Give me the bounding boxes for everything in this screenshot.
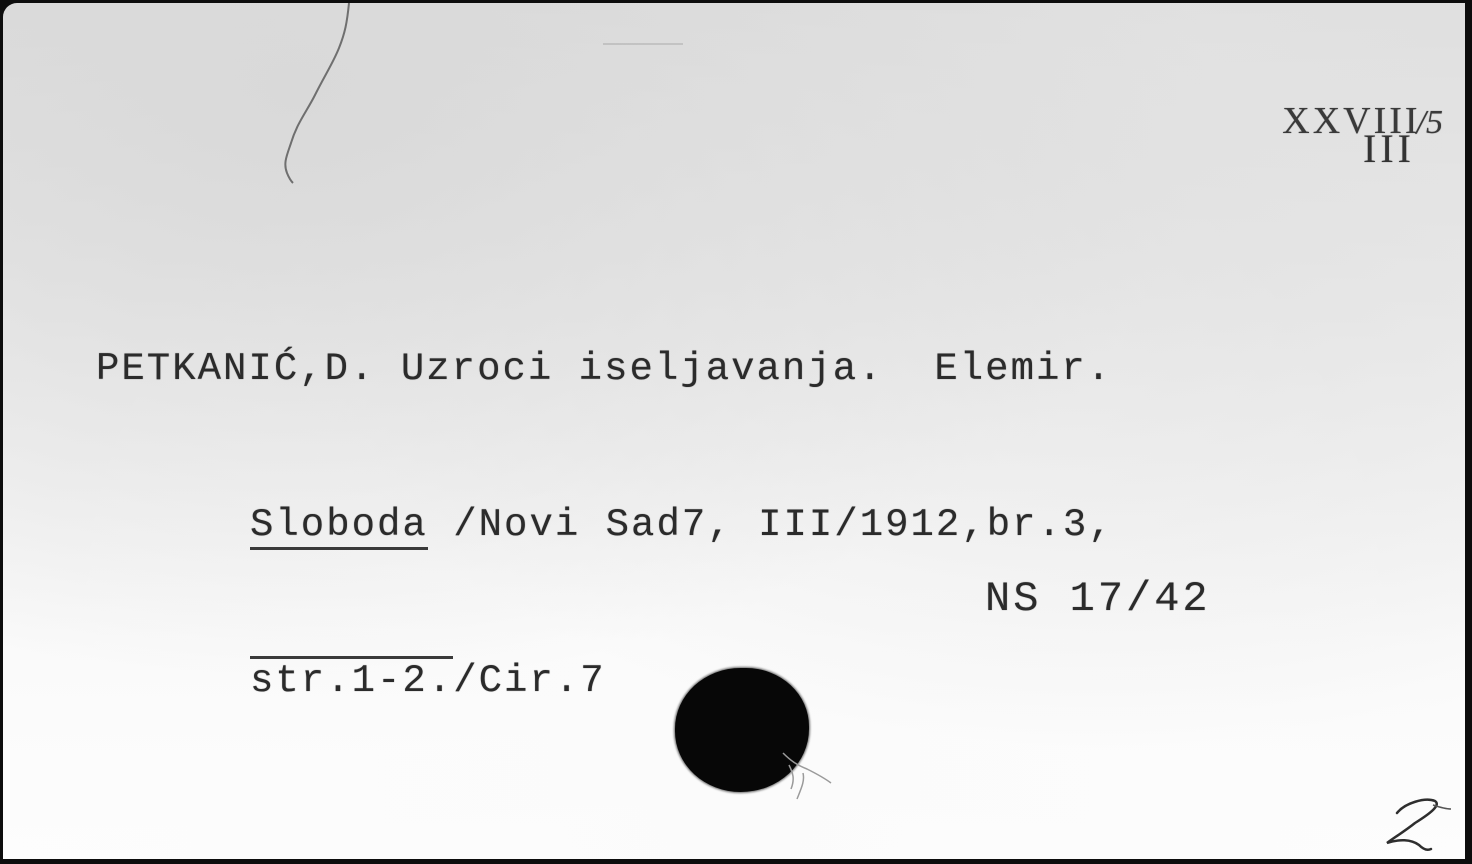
entry-author: PETKANIĆ,D. bbox=[96, 347, 375, 391]
entry-line-2: Sloboda /Novi Sad7, III/1912,br.3, bbox=[96, 499, 1114, 551]
catalog-card: XXVIII/5 III PETKANIĆ,D. Uzroci iseljava… bbox=[3, 3, 1465, 859]
entry-volume-issue: , III/1912,br.3, bbox=[707, 503, 1113, 547]
paper-fold-mark bbox=[603, 43, 683, 45]
shelf-signature: NS 17/42 bbox=[985, 575, 1211, 623]
bibliographic-entry: PETKANIĆ,D. Uzroci iseljavanja. Elemir. … bbox=[96, 239, 1114, 811]
call-number-handwritten-suffix: /5 bbox=[1417, 104, 1443, 141]
entry-periodical: Sloboda bbox=[250, 503, 428, 550]
entry-line-1: PETKANIĆ,D. Uzroci iseljavanja. Elemir. bbox=[96, 343, 1114, 395]
handwritten-page-number: 2 bbox=[1375, 793, 1455, 855]
scanned-catalog-card: XXVIII/5 III PETKANIĆ,D. Uzroci iseljava… bbox=[0, 0, 1472, 864]
paper-crease bbox=[263, 3, 353, 193]
torn-paper-edge bbox=[773, 743, 843, 813]
entry-pseudonym: Elemir. bbox=[934, 347, 1112, 391]
entry-line-3: str.1-2./Cir.7 bbox=[96, 655, 1114, 707]
entry-script-note: /Cir.7 bbox=[453, 659, 605, 703]
entry-pages: str.1-2. bbox=[250, 656, 453, 703]
entry-place: /Novi Sad7 bbox=[453, 503, 707, 547]
entry-title: Uzroci iseljavanja. bbox=[401, 347, 884, 391]
call-number-subclass: III bbox=[1363, 125, 1415, 172]
